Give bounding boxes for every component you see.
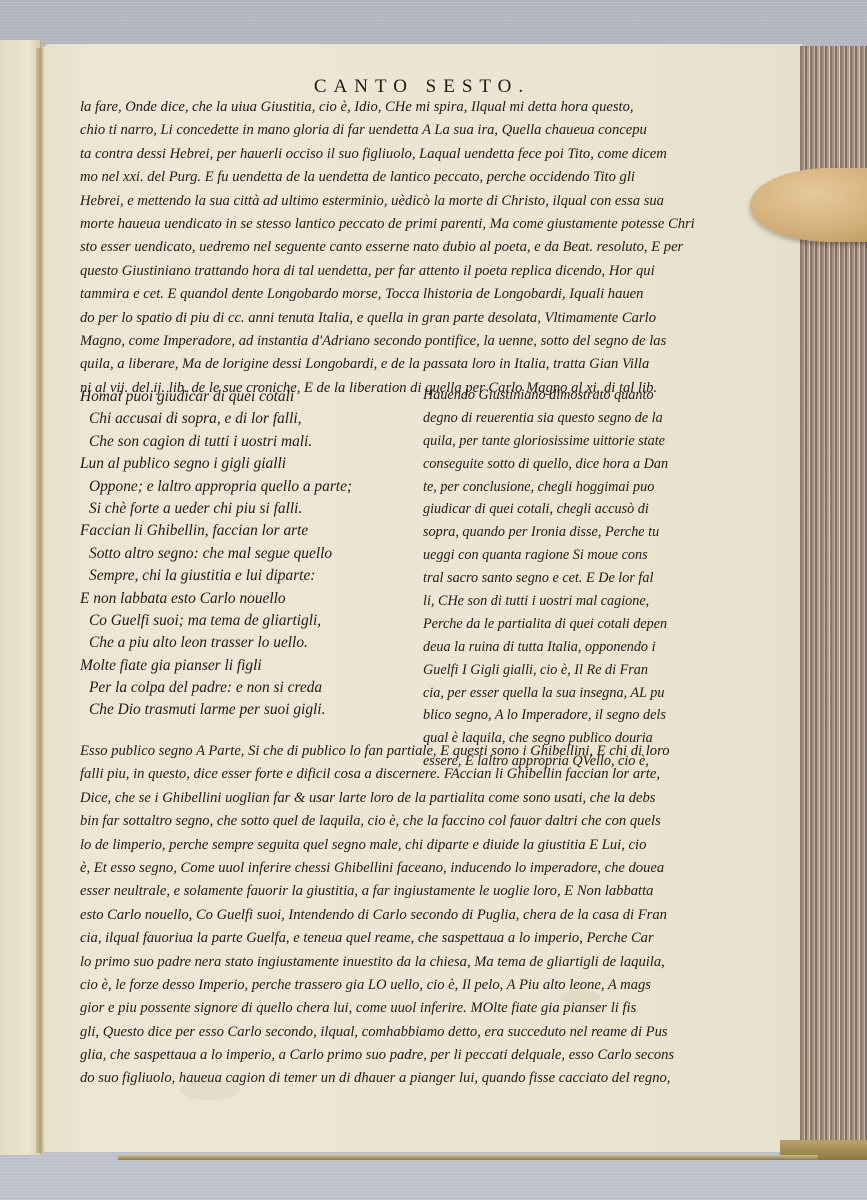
verse-line: Molte fiate gia pianser li figli — [80, 655, 410, 677]
commentary-line: do suo figliuolo, haueua cagion di temer… — [80, 1067, 680, 1090]
gloss-line: Hauendo Giustiniano dimostrato quanto — [423, 384, 703, 407]
verse-line: Co Guelfi suoi; ma tema de gliartigli, — [80, 610, 410, 632]
verse-line: Che Dio trasmuti larme per suoi gigli. — [80, 699, 410, 721]
commentary-line: gior e piu possente signore di quello ch… — [80, 997, 680, 1020]
commentary-line: ta contra dessi Hebrei, per hauerli occi… — [80, 143, 680, 166]
gloss-line: conseguite sotto di quello, dice hora a … — [423, 453, 703, 476]
verse-line: Chi accusai di sopra, e di lor falli, — [80, 408, 410, 430]
commentary-line: questo Giustiniano trattando hora di tal… — [80, 260, 680, 283]
commentary-line: Hebrei, e mettendo la sua città ad ultim… — [80, 190, 680, 213]
facing-page-edge — [0, 40, 41, 1155]
commentary-line: tammira e cet. E quandol dente Longobard… — [80, 283, 680, 306]
gloss-line: deua la ruina di tutta Italia, opponendo… — [423, 636, 703, 659]
verse-line: Oppone; e laltro appropria quello a part… — [80, 476, 410, 498]
gloss-line: Guelfi I Gigli gialli, cio è, Il Re di F… — [423, 659, 703, 682]
verse-line: Sotto altro segno: che mal segue quello — [80, 543, 410, 565]
commentary-line: falli piu, in questo, dice esser forte e… — [80, 763, 680, 786]
commentary-line: mo nel xxi. del Purg. E fu uendetta de l… — [80, 166, 680, 189]
top-commentary: la fare, Onde dice, che la uiua Giustiti… — [80, 96, 680, 400]
commentary-line: lo de limperio, perche sempre seguita qu… — [80, 834, 680, 857]
verse-line: Faccian li Ghibellin, faccian lor arte — [80, 520, 410, 542]
commentary-line: glia, che saspettaua a lo imperio, a Car… — [80, 1044, 680, 1067]
commentary-line: sto esser uendicato, uedremo nel seguent… — [80, 236, 680, 259]
commentary-line: esser neultrale, e solamente fauorir la … — [80, 880, 680, 903]
commentary-line: quila, a liberare, Ma de lorigine dessi … — [80, 353, 680, 376]
side-gloss: Hauendo Giustiniano dimostrato quanto de… — [423, 384, 703, 773]
gloss-line: blico segno, A lo Imperadore, il segno d… — [423, 704, 703, 727]
verse-line: Lun al publico segno i gigli gialli — [80, 453, 410, 475]
page-bottom-edge — [118, 1155, 818, 1160]
commentary-line: gli, Questo dice per esso Carlo secondo,… — [80, 1021, 680, 1044]
gloss-line: te, per conclusione, chegli hoggimai puo — [423, 476, 703, 499]
commentary-line: Esso publico segno A Parte, Si che di pu… — [80, 740, 680, 763]
verse-line: Che son cagion di tutti i uostri mali. — [80, 431, 410, 453]
gloss-line: quila, per tante gloriosissime uittorie … — [423, 430, 703, 453]
commentary-line: do per lo spatio di piu di cc. anni tenu… — [80, 307, 680, 330]
commentary-line: cia, ilqual fauoriua la parte Guelfa, e … — [80, 927, 680, 950]
running-head: CANTO SESTO. — [42, 76, 802, 98]
book-gutter — [36, 48, 44, 1153]
verse-line: Homai puoi giudicar di quei cotali — [80, 386, 410, 408]
gloss-line: degno di reuerentia sia questo segno de … — [423, 407, 703, 430]
commentary-line: esto Carlo nouello, Co Guelfi suoi, Inte… — [80, 904, 680, 927]
commentary-line: morte haueua uendicato in se stesso lant… — [80, 213, 680, 236]
commentary-line: chio ti narro, Li concedette in mano glo… — [80, 119, 680, 142]
verse-block: Homai puoi giudicar di quei cotali Chi a… — [80, 386, 410, 722]
commentary-line: bin far sottaltro segno, che sotto quel … — [80, 810, 680, 833]
verse-line: Per la colpa del padre: e non si creda — [80, 677, 410, 699]
commentary-line: lo primo suo padre nera stato ingiustame… — [80, 951, 680, 974]
gloss-line: li, CHe son di tutti i uostri mal cagion… — [423, 590, 703, 613]
commentary-line: la fare, Onde dice, che la uiua Giustiti… — [80, 96, 680, 119]
commentary-line: Magno, come Imperadore, ad instantia d'A… — [80, 330, 680, 353]
gloss-line: tral sacro santo segno e cet. E De lor f… — [423, 567, 703, 590]
commentary-line: cio è, le forze desso Imperio, perche tr… — [80, 974, 680, 997]
gloss-line: sopra, quando per Ironia disse, Perche t… — [423, 521, 703, 544]
verse-line: E non labbata esto Carlo nouello — [80, 588, 410, 610]
gloss-line: ueggi con quanta ragione Si moue cons — [423, 544, 703, 567]
bottom-commentary: Esso publico segno A Parte, Si che di pu… — [80, 740, 680, 1091]
verse-line: Che a piu alto leon trasser lo uello. — [80, 632, 410, 654]
commentary-line: Dice, che se i Ghibellini uoglian far & … — [80, 787, 680, 810]
verse-line: Si chè forte a ueder chi piu si falli. — [80, 498, 410, 520]
gloss-line: cia, per esser quella la sua insegna, AL… — [423, 682, 703, 705]
gloss-line: giudicar di quei cotali, chegli accusò d… — [423, 498, 703, 521]
commentary-line: è, Et esso segno, Come uuol inferire che… — [80, 857, 680, 880]
gloss-line: Perche da le partialita di quei cotali d… — [423, 613, 703, 636]
verse-line: Sempre, chi la giustitia e lui diparte: — [80, 565, 410, 587]
